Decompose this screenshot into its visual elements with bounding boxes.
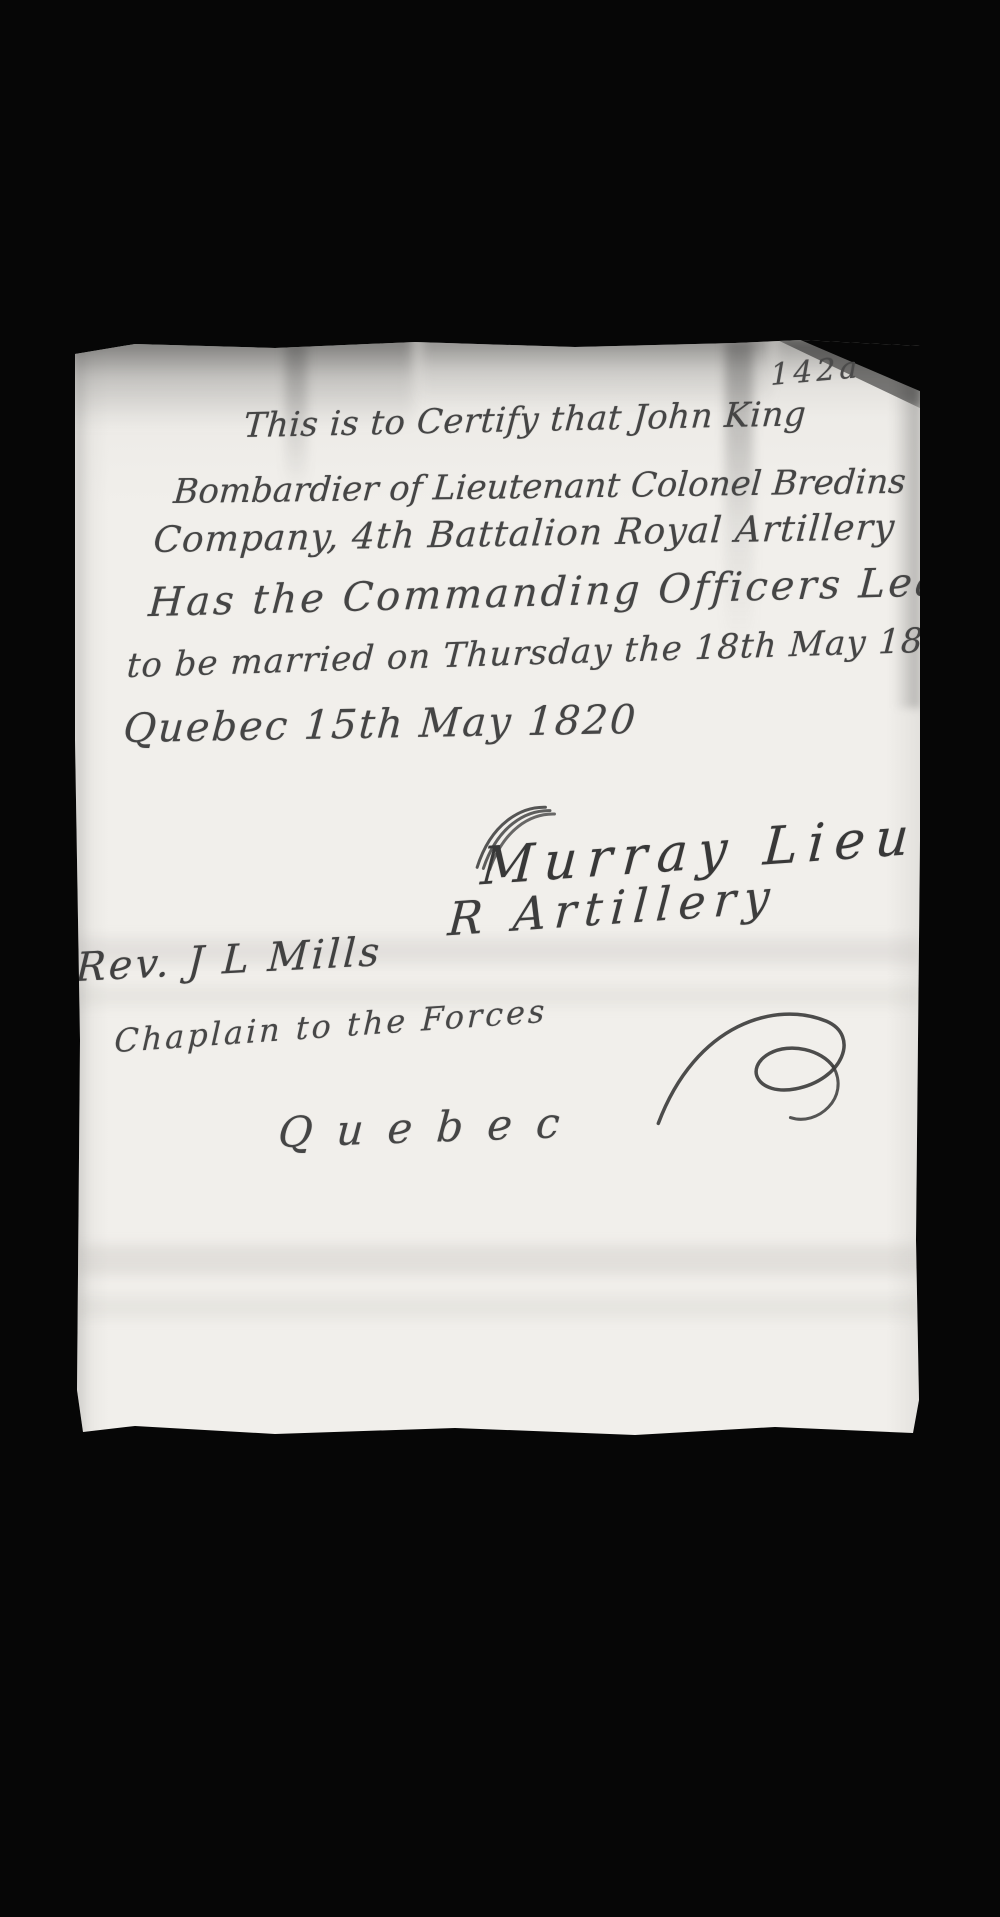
certificate-line: Company, 4th Battalion Royal Artillery [152,507,897,561]
certificate-line: Has the Commanding Officers Leave [147,558,995,626]
archive-page-mark: 142a [770,350,861,393]
document-paper: 142a This is to Certify that John King B… [75,340,920,1435]
scan-streak [75,1245,920,1275]
certificate-line: to be married on Thursday the 18th May 1… [126,619,982,686]
scan-streak [75,1296,920,1318]
signature-flourish [628,983,882,1152]
microfilm-background: 142a This is to Certify that John King B… [0,0,1000,1917]
addressee-place: Quebec [277,1097,586,1157]
certificate-dateline: Quebec 15th May 1820 [122,697,639,752]
certificate-line: Bombardier of Lieutenant Colonel Bredins [172,462,907,512]
